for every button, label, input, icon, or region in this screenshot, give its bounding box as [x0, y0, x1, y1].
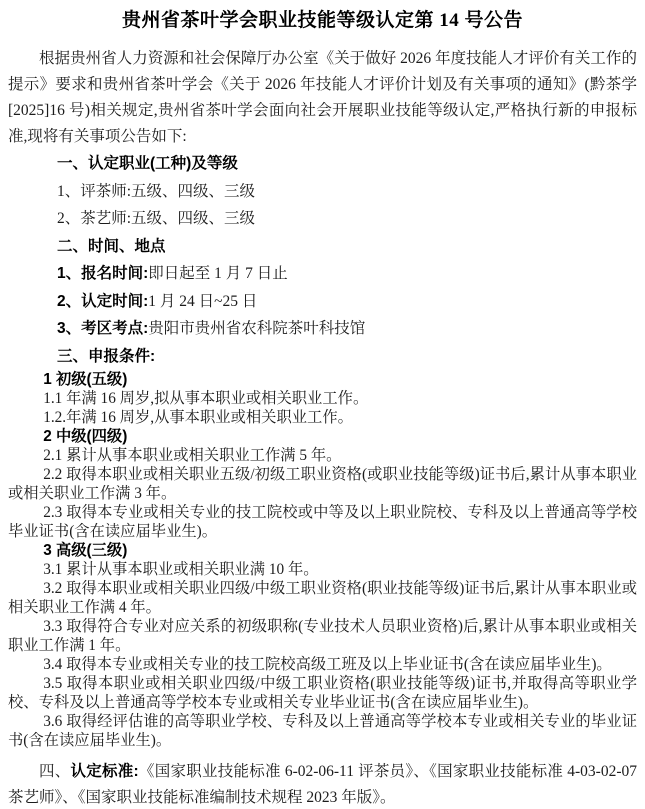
section2-heading: 二、时间、地点 [8, 233, 637, 261]
section1-heading: 一、认定职业(工种)及等级 [8, 150, 637, 178]
condition-item-1-2: 1.2.年满 16 周岁,从事本职业或相关职业工作。 [8, 408, 637, 427]
assessment-time-line: 2、认定时间:1 月 24 日~25 日 [8, 288, 637, 316]
exam-site-label: 3、考区考点: [57, 320, 148, 337]
section4-paragraph: 四、认定标准:《国家职业技能标准 6-02-06-11 评茶员》、《国家职业技能… [8, 759, 637, 809]
registration-time-line: 1、报名时间:即日起至 1 月 7 日止 [8, 260, 637, 288]
section3-heading: 三、申报条件: [8, 343, 637, 371]
section4-prefix: 四、 [39, 763, 71, 780]
exam-site-value: 贵阳市贵州省农科院茶叶科技馆 [148, 320, 365, 337]
condition-item-3-6: 3.6 取得经评估谁的高等职业学校、专科及以上普通高等学校本专业或相关专业的毕业… [8, 712, 637, 750]
condition-item-3-5: 3.5 取得本职业或相关职业四级/中级工职业资格(职业技能等级)证书,并取得高等… [8, 674, 637, 712]
level-heading-advanced: 3 高级(三级) [8, 541, 637, 560]
condition-item-1-1: 1.1 年满 16 周岁,拟从事本职业或相关职业工作。 [8, 389, 637, 408]
assessment-time-label: 2、认定时间: [57, 293, 148, 310]
condition-item-2-1: 2.1 累计从事本职业或相关职业工作满 5 年。 [8, 446, 637, 465]
exam-site-line: 3、考区考点:贵阳市贵州省农科院茶叶科技馆 [8, 315, 637, 343]
condition-item-2-2: 2.2 取得本职业或相关职业五级/初级工职业资格(或职业技能等级)证书后,累计从… [8, 465, 637, 503]
condition-item-2-3: 2.3 取得本专业或相关专业的技工院校或中等及以上职业院校、专科及以上普通高等学… [8, 503, 637, 541]
assessment-time-value: 1 月 24 日~25 日 [148, 293, 257, 310]
condition-item-3-3: 3.3 取得符合专业对应关系的初级职称(专业技术人员职业资格)后,累计从事本职业… [8, 617, 637, 655]
level-heading-intermediate: 2 中级(四级) [8, 427, 637, 446]
occupation-item-tea-taster: 1、评茶师:五级、四级、三级 [8, 178, 637, 206]
condition-item-3-1: 3.1 累计从事本职业或相关职业满 10 年。 [8, 560, 637, 579]
level-heading-beginner: 1 初级(五级) [8, 370, 637, 389]
registration-time-label: 1、报名时间: [57, 265, 148, 282]
condition-item-3-4: 3.4 取得本专业或相关专业的技工院校高级工班及以上毕业证书(含在读应届毕业生)… [8, 655, 637, 674]
section4-label: 认定标准: [71, 763, 139, 780]
announcement-title: 贵州省茶叶学会职业技能等级认定第 14 号公告 [8, 8, 637, 34]
registration-time-value: 即日起至 1 月 7 日止 [148, 265, 288, 282]
intro-paragraph: 根据贵州省人力资源和社会保障厅办公室《关于做好 2026 年度技能人才评价有关工… [8, 46, 637, 150]
occupation-item-tea-artist: 2、茶艺师:五级、四级、三级 [8, 205, 637, 233]
announcement-document: 贵州省茶叶学会职业技能等级认定第 14 号公告 根据贵州省人力资源和社会保障厅办… [0, 0, 645, 809]
condition-item-3-2: 3.2 取得本职业或相关职业四级/中级工职业资格(职业技能等级)证书后,累计从事… [8, 579, 637, 617]
